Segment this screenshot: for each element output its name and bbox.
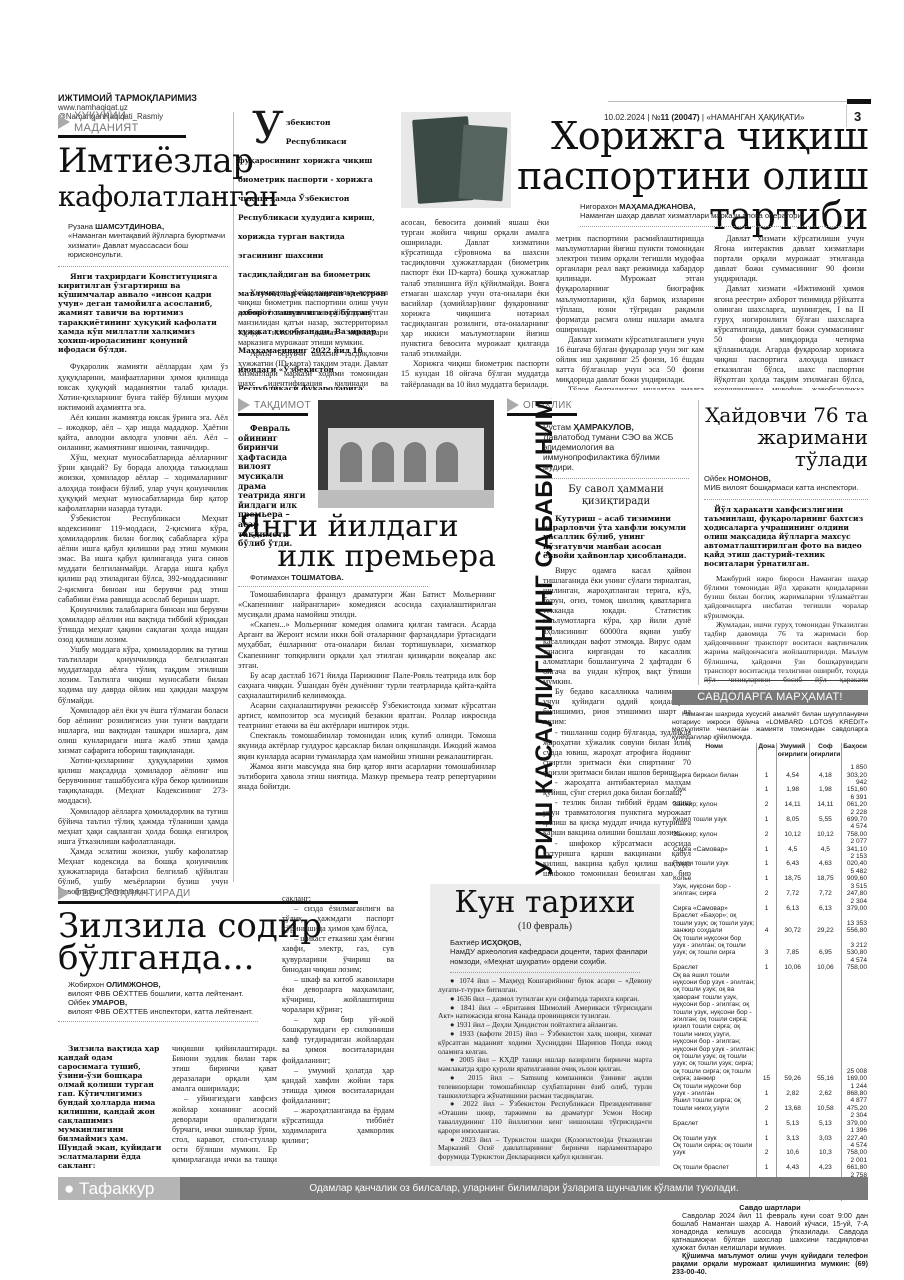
table-row: Браслет110,0610,064 574 758,00 <box>672 957 868 972</box>
table-row: Занжир; кулон210,1210,124 574 758,00 <box>672 823 868 838</box>
headline: Ҳайдовчи 76 та жаримани тўлади <box>704 404 868 470</box>
triangle-icon <box>507 398 519 412</box>
passport-col3: метрик паспортини расмийлаштиришда маълу… <box>556 234 704 390</box>
driver-lead: Йўл ҳаракати хавфсизлигини таъминлаш, фу… <box>704 505 868 568</box>
dropcap: Ў <box>252 110 284 148</box>
auction-table: Номи Дона Умумий оғирлиги Соф оғирлиги Б… <box>672 743 868 1201</box>
table-row: Оқ ва яшил тошли нуқсони бор узук - эгил… <box>672 972 868 1083</box>
table-row: Узук11,981,98942 151,60 <box>672 779 868 794</box>
separator <box>450 972 640 973</box>
byline: Фотимахон ТОШМАТОВА. <box>250 573 344 582</box>
auction-header: САВДОЛАРГА МАРҲАМАТ! <box>672 690 868 705</box>
separator <box>543 478 689 479</box>
article-driver: Ҳайдовчи 76 та жаримани тўлади Ойбек НОМ… <box>704 404 868 686</box>
terms-text: Савдолар 2024 йил 11 февраль куни соат 9… <box>672 1212 868 1252</box>
byline: Нигорахон МАҲАМАДЖАНОВА, Наманган шаҳар … <box>580 202 860 221</box>
table-row: Сирға «Самовар»16,136,132 304 379,00 <box>672 898 868 913</box>
table-row: Оқ тошли сирға; оқ тошли узук210,610,34 … <box>672 1142 868 1157</box>
history-block: Кун тарихи (10 февраль) Бахтиёр ИСҲОҚОВ,… <box>430 884 660 1166</box>
separator <box>58 266 228 267</box>
separator <box>238 586 428 587</box>
auction-intro: Наманган шаҳрида хусусий амалиёт билан ш… <box>672 711 868 741</box>
byline: Рузана ШАМСУТДИНОВА, «Наманган минтақави… <box>68 222 228 260</box>
auction-block: САВДОЛАРГА МАРҲАМАТ! Наманган шаҳрида ху… <box>672 690 868 1160</box>
triangle-icon <box>238 398 250 412</box>
table-row: Қизил тошли узук18,055,552 228 699,70 <box>672 809 868 824</box>
article-body: Фуқаролик жамияти аёллардан ҳам ўз ҳуқуқ… <box>58 362 228 897</box>
rabies-lead: Кутуриш – асаб тизимини зарарловчи ўта х… <box>543 514 689 560</box>
byline: Ойбек НОМОНОВ, МИБ вилоят бошқармаси кат… <box>704 474 868 493</box>
earthquake-col1: Зилзила вақтида ҳар қандай одам саросима… <box>58 1044 163 1168</box>
column-divider <box>698 400 699 685</box>
rubric-legal-culture: ҲУҚУҚИЙ МАДАНИЯТ <box>58 110 186 138</box>
table-row: Браслет15,135,132 304 379,00 <box>672 1112 868 1127</box>
footer-quote: Одамлар қанчалик оз билсалар, уларнинг б… <box>180 1177 868 1200</box>
table-row: Яшил тошли сирға; оқ тошли никоҳ узуги21… <box>672 1097 868 1112</box>
table-row: Оқ тошли узук13,133,031 396 227,40 <box>672 1127 868 1142</box>
passport-col4: Давлат хизмати кўрсатилиши учун Ягона ин… <box>714 234 864 390</box>
separator <box>580 226 845 227</box>
subheading: Бу савол ҳаммани қизиқтиради <box>549 484 683 508</box>
column-divider <box>233 112 234 882</box>
table-header: Номи Дона Умумий оғирлиги Соф оғирлиги Б… <box>672 743 868 764</box>
header-rule <box>608 101 849 102</box>
list-item: ● 1841 йил – «Британия Шимолий Америкаси… <box>438 1004 652 1022</box>
table-row: Узук, нуқсони бор - эгилган; сирға27,727… <box>672 883 868 898</box>
table-row: Оқ тошли браслет14,434,232 001 661,80 <box>672 1157 868 1172</box>
premiere-body: Томошабинларга француз драматурги Жан Ба… <box>238 590 496 792</box>
earthquake-col3: сақланг; – сизда ёзилмаганлиги ва тўлиқ … <box>282 894 394 1169</box>
headline: Имтиёзларкафолатланган <box>58 144 228 214</box>
passport-col2: асосан, бевосита доимий яшаш ёки турган … <box>401 218 549 390</box>
footer-banner: ● Тафаккур Одамлар қанчалик оз билсалар,… <box>58 1177 868 1200</box>
passport-col1: Хизматдан фойдаланувчилар хорижга чиқиш … <box>238 288 388 390</box>
article-passport: Ў збекистон Республикаси фуқаросининг хо… <box>238 110 868 390</box>
table-row: Браслет «Баҳор»; оқ тошли узук; оқ тошли… <box>672 912 868 934</box>
bullet-icon: ● <box>64 1179 74 1198</box>
article-rights: ҲУҚУҚИЙ МАДАНИЯТ Имтиёзларкафолатланган … <box>58 110 228 897</box>
byline: Бахтиёр ИСҲОҚОВ, НамДУ археология кафедр… <box>450 938 660 966</box>
table-row: Пушти тошли узук16,434,632 153 020,40 <box>672 853 868 868</box>
triangle-icon <box>58 115 70 129</box>
separator <box>58 1021 258 1022</box>
footer-label: ● Тафаккур <box>58 1177 180 1200</box>
triangle-icon <box>58 886 70 900</box>
passport-photo <box>401 112 511 208</box>
byline: Рустам ҲАМРАКУЛОВ, Давлатобод тумани СЭО… <box>543 422 683 472</box>
earthquake-col2: чиқишни қийинлаштиради. Бинони зудлик би… <box>172 1044 277 1168</box>
list-item: ● 2015 йил – Samsung компанияси ўзининг … <box>438 1074 652 1100</box>
history-events: ● 1074 йил – Маҳмуд Кошғарийнинг буюк ас… <box>430 977 660 1162</box>
list-item: ● 2023 йил – Туркистон шаҳри (Қозоғистон… <box>438 1136 652 1162</box>
table-row: Колье118,7518,755 482 909,60 <box>672 868 868 883</box>
table-row: Сирға «Самовар»14,54,52 077 341,10 <box>672 838 868 853</box>
divider <box>704 680 868 681</box>
history-headline: Кун тарихи <box>430 886 660 920</box>
contact-info: Қўшимча маълумот олиш учун қуйидаги теле… <box>672 1252 868 1276</box>
table-row: Оқ тошли нуқсони бор узук - эгилган; оқ … <box>672 935 868 957</box>
social-title: ИЖТИМОИЙ ТАРМОҚЛАРИМИЗ <box>58 93 278 103</box>
separator <box>704 499 868 500</box>
driver-body: Мажбурий ижро бюроси Наманган шаҳар бўли… <box>704 574 868 686</box>
page-number-bar <box>847 99 871 104</box>
article-rabies: ОГОҲЛИК КУТУРИШ КАСАЛЛИГИНИНГ САБАБИ НИМ… <box>507 398 695 876</box>
list-item: ● 2022 йил – Ўзбекистон Республикаси Пре… <box>438 1100 652 1135</box>
table-row: Оқ тошли нуқсони бор узук - эгилган12,82… <box>672 1083 868 1098</box>
list-item: ● 1933 (вафоти 2015) йил – Ўзбекистон ха… <box>438 1030 652 1056</box>
rubric-presentation: ТАҚДИМОТ <box>238 398 308 416</box>
rabies-body: Вирус одамга касал ҳайвон тишлаганида ёк… <box>543 566 691 876</box>
headline: Янги йилдаги илк премьера <box>238 512 496 572</box>
table-row: Занжир; кулон214,1114,116 391 061,20 <box>672 794 868 809</box>
table-row: Сирға биркаси билан14,544,181 850 303,20 <box>672 764 868 779</box>
history-date: (10 февраль) <box>430 920 660 934</box>
article-premiere: ТАҚДИМОТ Февраль ойининг биринчи ҳафтаси… <box>238 398 500 876</box>
list-item: ● 2005 йил – КХДР ташқи ишлар вазирлиги … <box>438 1056 652 1074</box>
lead-paragraph: Янги таҳрирдаги Конституцияга киритилган… <box>58 272 228 355</box>
theatre-photo <box>318 400 494 508</box>
list-item: ● 1074 йил – Маҳмуд Кошғарийнинг буюк ас… <box>438 977 652 995</box>
